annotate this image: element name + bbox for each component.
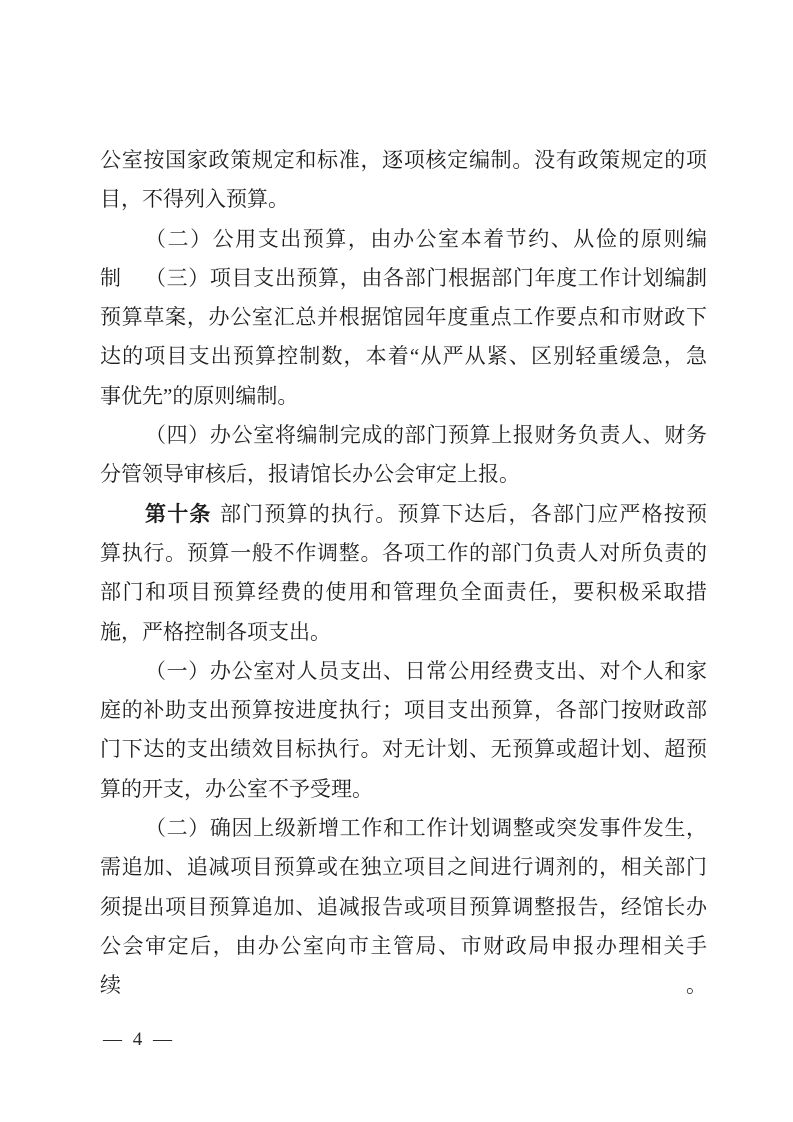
article-number: 第十条 (145, 502, 212, 526)
text-line: 预算草案，办公室汇总并根据馆园年度重点工作要点和市财政下 (100, 298, 707, 337)
text-line: 第十条部门预算的执行。预算下达后，各部门应严格按预 (100, 495, 707, 534)
text-line: 分管领导审核后，报请馆长办公会审定上报。 (100, 455, 707, 494)
text-line: 达的项目支出预算控制数，本着“从严从紧、区别轻重缓急，急 (100, 337, 707, 376)
text-line: 目，不得列入预算。 (100, 180, 707, 219)
text-line: 公室按国家政策规定和标准，逐项核定编制。没有政策规定的项 (100, 141, 707, 180)
text-line: 需追加、追减项目预算或在独立项目之间进行调剂的，相关部门 (100, 848, 707, 887)
page-number: — 4 — (103, 1028, 175, 1052)
text-line: （一）办公室对人员支出、日常公用经费支出、对个人和家 (100, 652, 707, 691)
text-line: （三）项目支出预算，由各部门根据部门年度工作计划编制 (100, 259, 707, 298)
text-line: 部门和项目预算经费的使用和管理负全面责任，要积极采取措 (100, 573, 707, 612)
text-line: 算的开支，办公室不予受理。 (100, 770, 707, 809)
text-line: 事优先”的原则编制。 (100, 377, 707, 416)
text-line: （四）办公室将编制完成的部门预算上报财务负责人、财务 (100, 416, 707, 455)
text-line: （二）确因上级新增工作和工作计划调整或突发事件发生， (100, 809, 707, 848)
text-line: （二）公用支出预算，由办公室本着节约、从俭的原则编制。 (100, 220, 707, 259)
text-line: 庭的补助支出预算按进度执行；项目支出预算，各部门按财政部 (100, 691, 707, 730)
document-page: 公室按国家政策规定和标准，逐项核定编制。没有政策规定的项 目，不得列入预算。 （… (100, 141, 707, 966)
text-line: 公会审定后，由办公室向市主管局、市财政局申报办理相关手续。 (100, 927, 707, 966)
text-line: 须提出项目预算追加、追减报告或项目预算调整报告，经馆长办 (100, 888, 707, 927)
text-line: 算执行。预算一般不作调整。各项工作的部门负责人对所负责的 (100, 534, 707, 573)
article-title-text: 部门预算的执行。预算下达后，各部门应严格按预 (220, 502, 707, 526)
text-line: 施，严格控制各项支出。 (100, 613, 707, 652)
text-line: 门下达的支出绩效目标执行。对无计划、无预算或超计划、超预 (100, 730, 707, 769)
